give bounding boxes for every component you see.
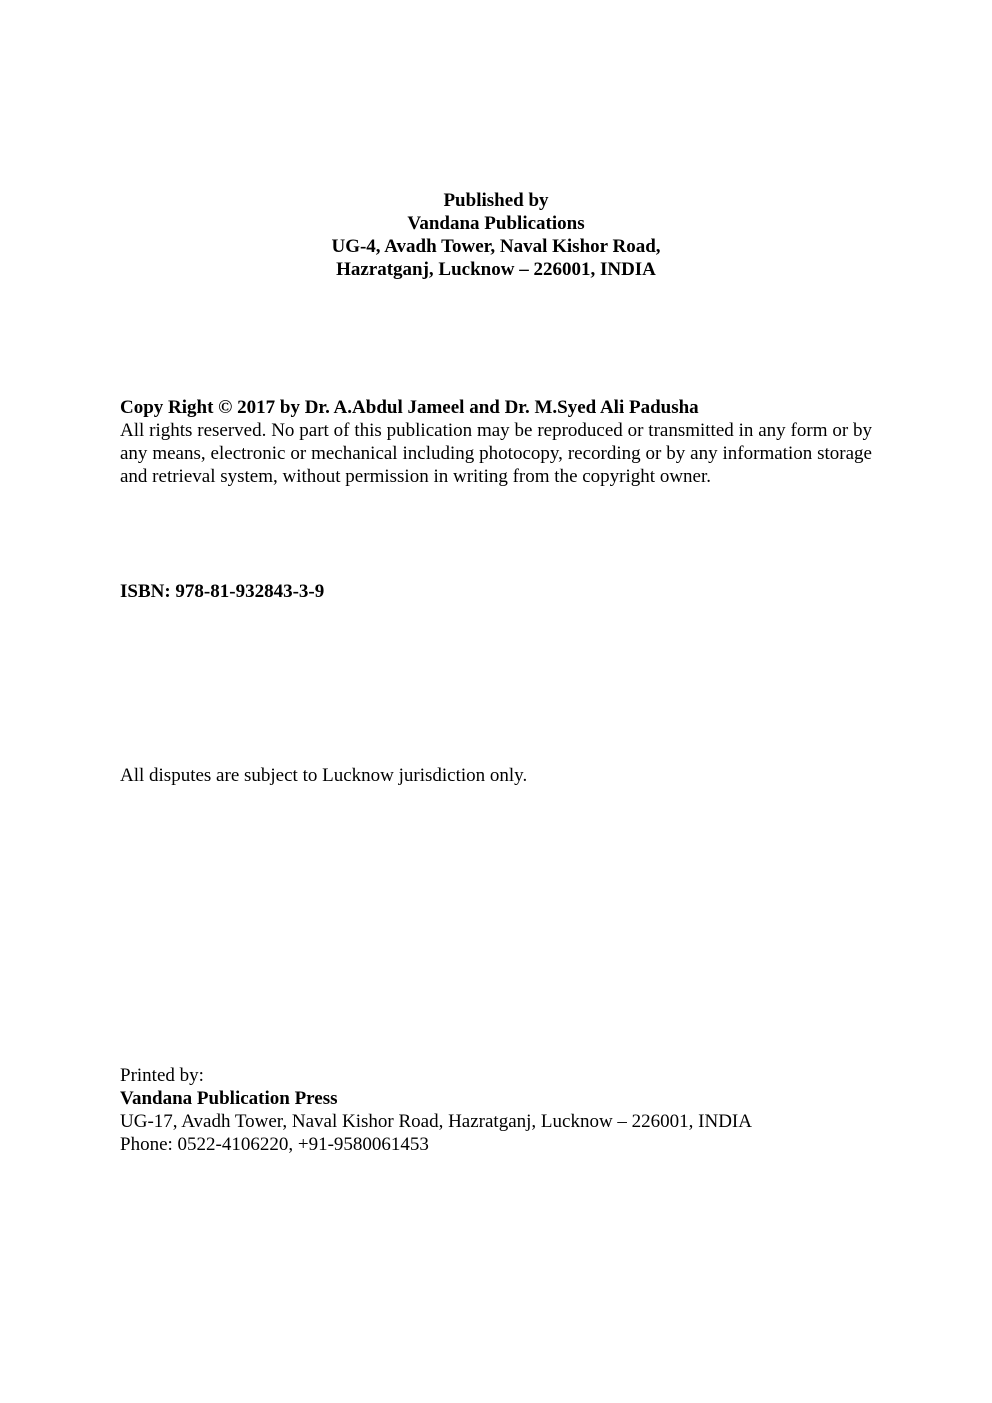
printer-address: UG-17, Avadh Tower, Naval Kishor Road, H… bbox=[120, 1110, 752, 1133]
printer-block: Printed by: Vandana Publication Press UG… bbox=[120, 1064, 752, 1156]
publisher-address-line2: Hazratganj, Lucknow – 226001, INDIA bbox=[0, 258, 992, 281]
printer-name: Vandana Publication Press bbox=[120, 1087, 752, 1110]
printer-phone: Phone: 0522-4106220, +91-9580061453 bbox=[120, 1133, 752, 1156]
copyright-title: Copy Right © 2017 by Dr. A.Abdul Jameel … bbox=[120, 396, 872, 419]
printer-label: Printed by: bbox=[120, 1064, 752, 1087]
publisher-address-line1: UG-4, Avadh Tower, Naval Kishor Road, bbox=[0, 235, 992, 258]
publisher-block: Published by Vandana Publications UG-4, … bbox=[0, 189, 992, 281]
isbn: ISBN: 978-81-932843-3-9 bbox=[120, 580, 324, 603]
copyright-notice: All rights reserved. No part of this pub… bbox=[120, 419, 872, 488]
copyright-block: Copy Right © 2017 by Dr. A.Abdul Jameel … bbox=[120, 396, 872, 488]
publisher-name: Vandana Publications bbox=[0, 212, 992, 235]
publisher-label: Published by bbox=[0, 189, 992, 212]
jurisdiction-notice: All disputes are subject to Lucknow juri… bbox=[120, 764, 527, 787]
